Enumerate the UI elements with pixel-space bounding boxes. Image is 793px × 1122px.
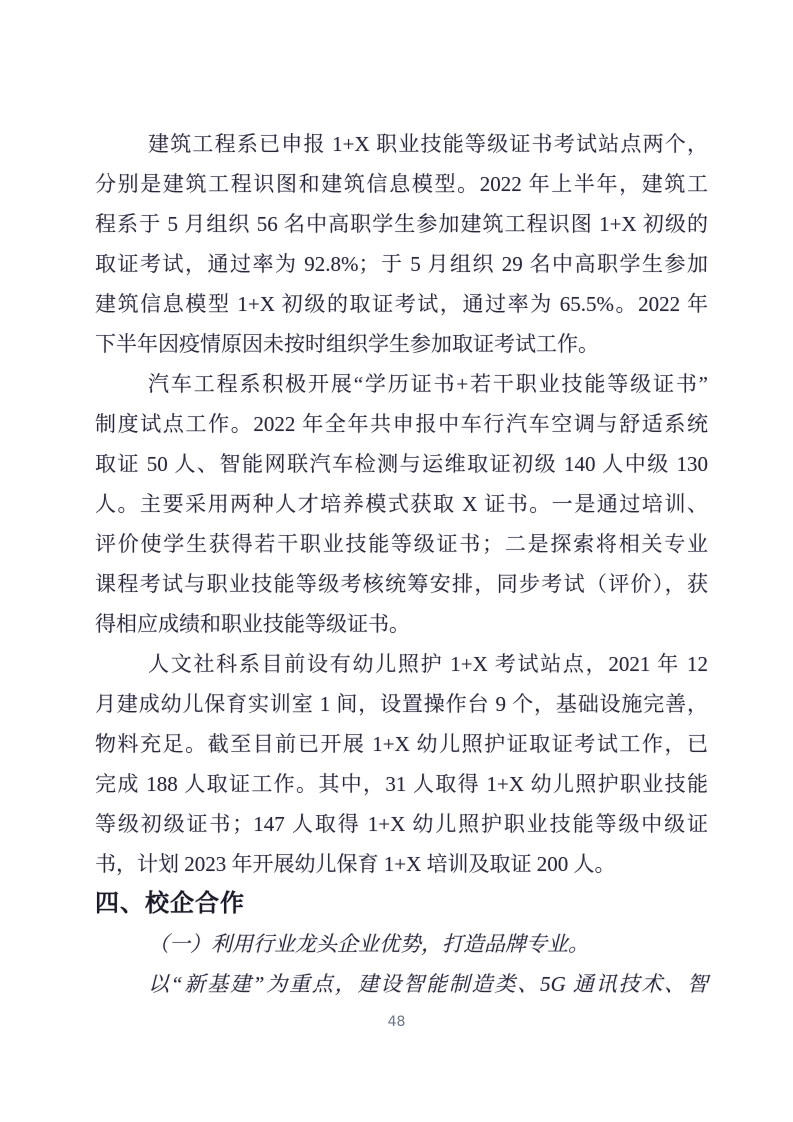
paragraph-line: 等级初级证书；147 人取得 1+X 幼儿照护职业技能等级中级证 xyxy=(95,804,708,844)
paragraph-line: 制度试点工作。2022 年全年共申报中车行汽车空调与舒适系统 xyxy=(95,404,708,444)
paragraph-line: 完成 188 人取证工作。其中，31 人取得 1+X 幼儿照护职业技能 xyxy=(95,764,708,804)
section-heading: 四、校企合作 xyxy=(95,884,708,924)
document-page: 建筑工程系已申报 1+X 职业技能等级证书考试站点两个， 分别是建筑工程识图和建… xyxy=(0,0,793,1122)
page-number: 48 xyxy=(0,1012,793,1032)
paragraph-line: 人。主要采用两种人才培养模式获取 X 证书。一是通过培训、 xyxy=(95,484,708,524)
paragraph-line: 月建成幼儿保育实训室 1 间，设置操作台 9 个，基础设施完善， xyxy=(95,684,708,724)
paragraph-line: 建筑信息模型 1+X 初级的取证考试，通过率为 65.5%。2022 年 xyxy=(95,284,708,324)
paragraph-line: 下半年因疫情原因未按时组织学生参加取证考试工作。 xyxy=(95,324,708,364)
paragraph-line: 书，计划 2023 年开展幼儿保育 1+X 培训及取证 200 人。 xyxy=(95,844,708,884)
paragraph-line: 分别是建筑工程识图和建筑信息模型。2022 年上半年，建筑工 xyxy=(95,164,708,204)
subsection-heading: （一）利用行业龙头企业优势，打造品牌专业。 xyxy=(95,924,708,964)
paragraph-line: 程系于 5 月组织 56 名中高职学生参加建筑工程识图 1+X 初级的 xyxy=(95,204,708,244)
paragraph-line: 人文社科系目前设有幼儿照护 1+X 考试站点，2021 年 12 xyxy=(95,644,708,684)
paragraph-line: 汽车工程系积极开展“学历证书+若干职业技能等级证书” xyxy=(95,364,708,404)
paragraph-line: 课程考试与职业技能等级考核统筹安排，同步考试（评价），获 xyxy=(95,564,708,604)
paragraph-line: 物料充足。截至目前已开展 1+X 幼儿照护证取证考试工作，已 xyxy=(95,724,708,764)
paragraph-line: 建筑工程系已申报 1+X 职业技能等级证书考试站点两个， xyxy=(95,124,708,164)
paragraph-line: 评价使学生获得若干职业技能等级证书；二是探索将相关专业 xyxy=(95,524,708,564)
paragraph-line: 取证考试，通过率为 92.8%；于 5 月组织 29 名中高职学生参加 xyxy=(95,244,708,284)
paragraph-line: 得相应成绩和职业技能等级证书。 xyxy=(95,604,708,644)
paragraph-line: 以“新基建”为重点，建设智能制造类、5G 通讯技术、智 xyxy=(95,964,708,1004)
document-body: 建筑工程系已申报 1+X 职业技能等级证书考试站点两个， 分别是建筑工程识图和建… xyxy=(95,124,708,1004)
paragraph-line: 取证 50 人、智能网联汽车检测与运维取证初级 140 人中级 130 xyxy=(95,444,708,484)
